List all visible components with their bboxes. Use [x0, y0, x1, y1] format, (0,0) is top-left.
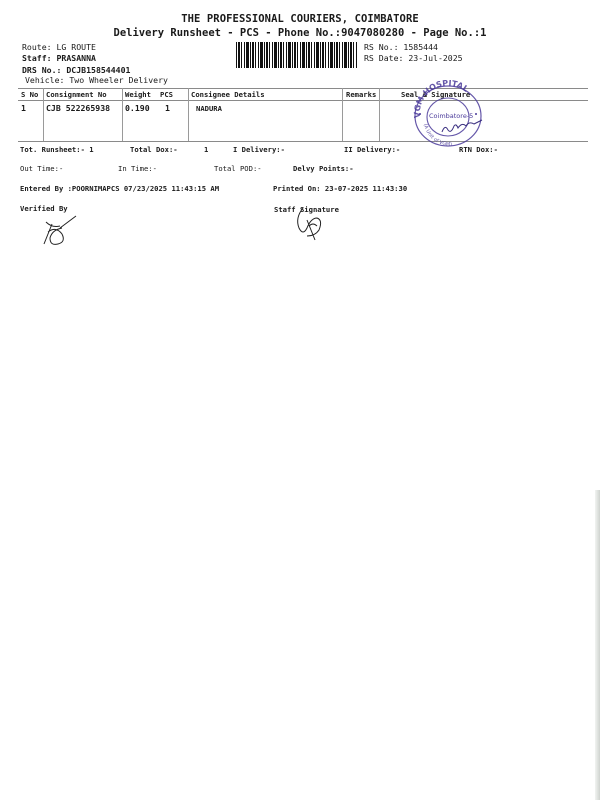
cell-consignee: NADURA: [196, 104, 222, 113]
col-header-weight: Weight: [125, 90, 151, 99]
scan-edge: [595, 490, 600, 800]
col-divider: [43, 88, 44, 141]
hospital-stamp-icon: VGM HOSPITAL (A Unit of VGM) Coimbatore-…: [406, 80, 492, 150]
company-title: THE PROFESSIONAL COURIERS, COIMBATORE: [0, 13, 600, 25]
col-header-sno: S No: [21, 90, 38, 99]
cell-consignment-no: CJB 522265938: [46, 103, 110, 113]
staff-signature-icon: [293, 206, 327, 244]
table-bottom-border: [18, 141, 588, 142]
cell-weight: 0.190: [125, 103, 150, 113]
svg-text:Coimbatore-5: Coimbatore-5: [429, 112, 473, 120]
printed-on: Printed On: 23-07-2025 11:43:30: [273, 184, 407, 193]
svg-text:(A Unit of VGM): (A Unit of VGM): [422, 123, 452, 148]
out-time: Out Time:-: [20, 164, 63, 173]
vehicle-label: Vehicle: Two Wheeler Delivery: [25, 75, 168, 85]
rs-date: RS Date: 23-Jul-2025: [364, 53, 463, 63]
cell-sno: 1: [21, 103, 26, 113]
ii-delivery: II Delivery:-: [344, 145, 400, 154]
runsheet-subtitle: Delivery Runsheet - PCS - Phone No.:9047…: [0, 27, 600, 39]
verified-by-label: Verified By: [20, 204, 68, 213]
tot-runsheet: Tot. Runsheet:- 1: [20, 145, 94, 154]
total-pod: Total POD:-: [214, 164, 262, 173]
col-divider: [122, 88, 123, 141]
rs-number: RS No.: 1585444: [364, 42, 438, 52]
total-dox-label: Total Dox:-: [130, 145, 178, 154]
rtn-dox: RTN Dox:-: [459, 145, 498, 154]
total-dox-value: 1: [204, 145, 208, 154]
barcode: [236, 42, 357, 68]
cell-pcs: 1: [165, 103, 170, 113]
col-header-consignment: Consignment No: [46, 90, 107, 99]
col-divider: [379, 88, 380, 141]
col-header-pcs: PCS: [160, 90, 173, 99]
col-divider: [188, 88, 189, 141]
drs-number: DRS No.: DCJB158544401: [22, 65, 130, 75]
table-top-border: [18, 88, 588, 89]
col-header-consignee: Consignee Details: [191, 90, 265, 99]
delvy-points: Delvy Points:-: [293, 164, 354, 173]
table-header-border: [18, 100, 588, 101]
staff-label: Staff: PRASANNA: [22, 53, 96, 63]
in-time: In Time:-: [118, 164, 157, 173]
col-header-remarks: Remarks: [346, 90, 376, 99]
col-divider: [342, 88, 343, 141]
verified-signature-icon: [38, 214, 78, 248]
i-delivery: I Delivery:-: [233, 145, 285, 154]
route-label: Route: LG ROUTE: [22, 42, 96, 52]
entered-by: Entered By :POORNIMAPCS 07/23/2025 11:43…: [20, 184, 219, 193]
